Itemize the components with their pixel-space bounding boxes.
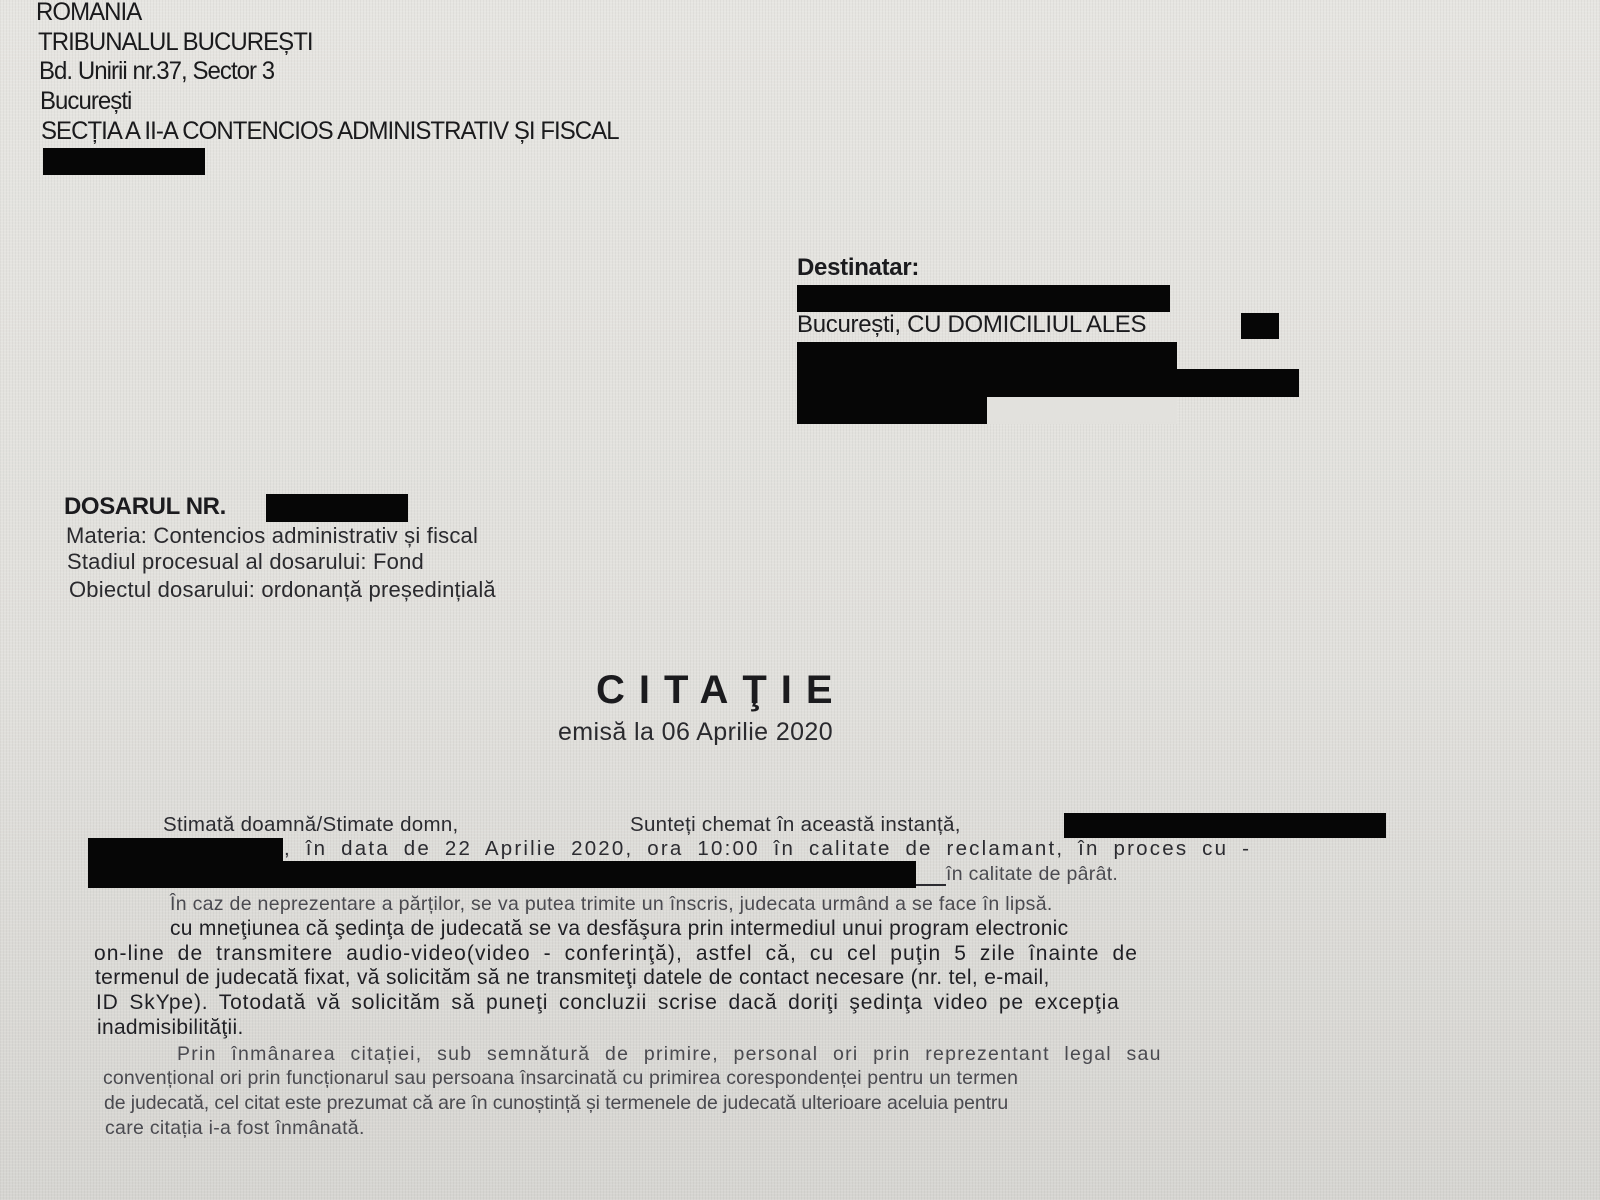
- video-paragraph-line-2: on-line de transmitere audio-video(video…: [94, 942, 1138, 966]
- court-address: Bd. Unirii nr.37, Sector 3: [39, 57, 274, 86]
- redacted-reference: [43, 148, 205, 175]
- document-issue-date: emisă la 06 Aprilie 2020: [558, 718, 833, 747]
- redacted-recipient-address-fragment: [1241, 313, 1279, 339]
- redacted-plaintiff-continuation: [88, 838, 283, 888]
- non-representation-notice: În caz de neprezentare a părților, se va…: [170, 893, 1053, 916]
- dossier-object: Obiectul dosarului: ordonanță președinți…: [69, 577, 496, 603]
- country-name: ROMANIA: [36, 0, 141, 27]
- hearing-details: , în data de 22 Aprilie 2020, ora 10:00 …: [284, 837, 1384, 861]
- recipient-label: Destinatar:: [797, 254, 919, 282]
- video-paragraph-line-1: cu mneţiunea că şedinţa de judecată se v…: [170, 917, 1068, 941]
- redacted-plaintiff-name: [1064, 813, 1386, 838]
- defendant-role: în calitate de pârât.: [946, 863, 1118, 886]
- court-name: TRIBUNALUL BUCUREȘTI: [38, 28, 313, 57]
- delivery-paragraph-line-2: convențional ori prin funcționarul sau p…: [103, 1067, 1018, 1090]
- video-paragraph-line-4: ID SkYpe). Totodată vă solicităm să pune…: [96, 991, 1120, 1015]
- salutation: Stimată doamnă/Stimate domn,: [163, 813, 459, 837]
- delivery-paragraph-line-1: Prin înmânarea citației, sub semnătură d…: [177, 1043, 1162, 1066]
- redaction-gap: [987, 397, 1177, 424]
- dossier-stage: Stadiul procesual al dosarului: Fond: [67, 549, 424, 575]
- video-paragraph-line-3: termenul de judecată fixat, vă solicităm…: [95, 966, 1050, 990]
- redacted-defendant-name: [280, 861, 916, 888]
- summons-intro: Sunteți chemat în această instanță,: [630, 813, 961, 837]
- video-paragraph-line-5: inadmisibilităţii.: [97, 1016, 244, 1040]
- dossier-matter: Materia: Contencios administrativ și fis…: [66, 523, 478, 549]
- court-city: București: [40, 87, 131, 116]
- recipient-address: București, CU DOMICILIUL ALES: [797, 311, 1146, 339]
- redacted-recipient-name: [797, 285, 1170, 312]
- court-section: SECȚIA A II-A CONTENCIOS ADMINISTRATIV Ș…: [41, 117, 619, 146]
- redacted-recipient-address-tail: [1170, 369, 1299, 397]
- document-title: CITAŢIE: [596, 668, 847, 713]
- redacted-dossier-number: [266, 494, 408, 522]
- delivery-paragraph-line-4: care citația i-a fost înmânată.: [105, 1117, 365, 1140]
- delivery-paragraph-line-3: de judecată, cel citat este prezumat că …: [104, 1092, 1008, 1115]
- defendant-underline: [916, 884, 946, 886]
- dossier-number-label: DOSARUL NR.: [64, 493, 226, 521]
